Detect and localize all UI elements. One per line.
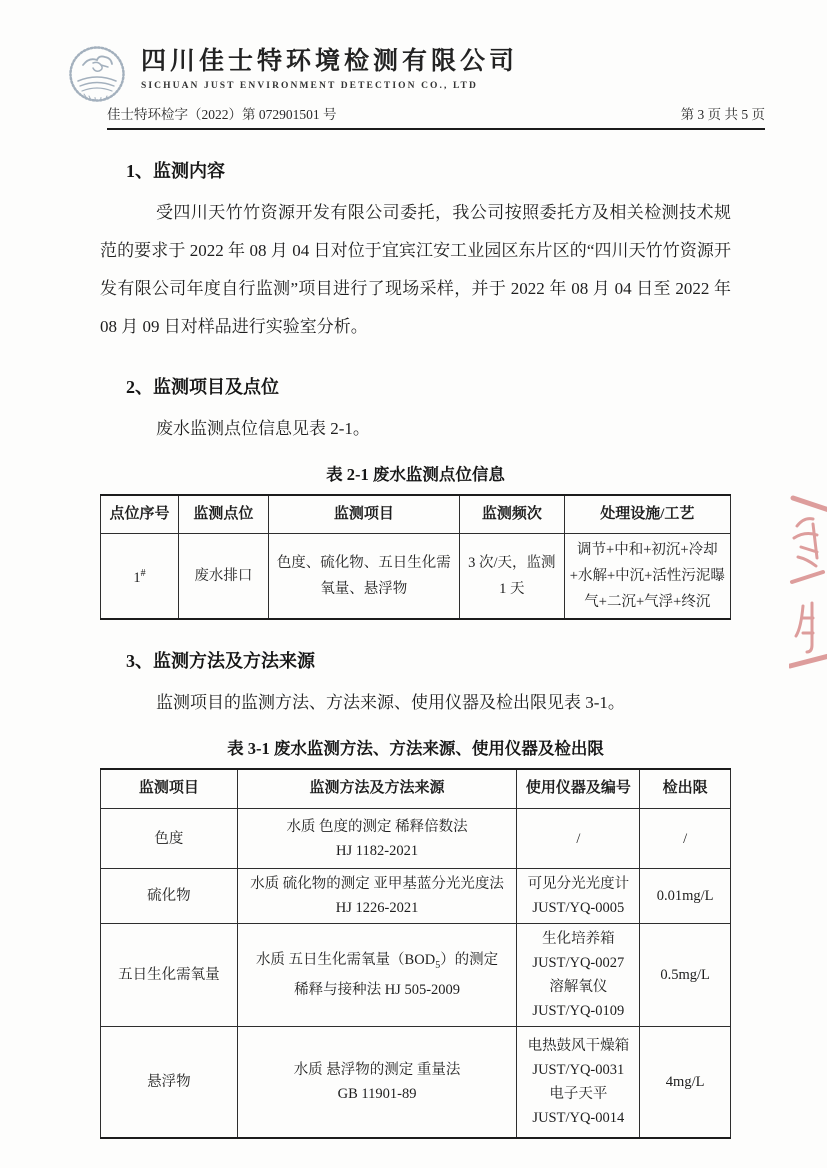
- table-3-1-caption: 表 3-1 废水监测方法、方法来源、使用仪器及检出限: [100, 735, 731, 759]
- instrument-cell: 生化培养箱 JUST/YQ-0027 溶解氧仪 JUST/YQ-0109: [517, 924, 640, 1027]
- instrument-code: JUST/YQ-0109: [521, 999, 635, 1023]
- instrument-name: 生化培养箱: [521, 927, 635, 951]
- method-name: 水质 五日生化需氧量（BOD5）的测定: [242, 948, 513, 978]
- company-seal-logo-icon: [68, 45, 126, 103]
- column-header: 监测点位: [179, 495, 268, 533]
- table-2-1-caption: 表 2-1 废水监测点位信息: [100, 461, 731, 485]
- method-name-text: ）的测定: [440, 952, 498, 968]
- instrument-cell: /: [517, 809, 640, 869]
- instrument-cell: 可见分光光度计 JUST/YQ-0005: [517, 869, 640, 924]
- column-header: 监测频次: [460, 495, 565, 533]
- item-cell: 悬浮物: [101, 1027, 238, 1138]
- instrument-code: JUST/YQ-0014: [521, 1106, 635, 1130]
- point-number-cell: 1#: [101, 533, 179, 619]
- instrument-name: 可见分光光度计: [521, 872, 635, 896]
- method-cell: 水质 硫化物的测定 亚甲基蓝分光光度法 HJ 1226-2021: [237, 869, 517, 924]
- table-row: 悬浮物 水质 悬浮物的测定 重量法 GB 11901-89 电热鼓风干燥箱 JU…: [101, 1027, 731, 1138]
- column-header: 监测项目: [268, 495, 460, 533]
- method-standard: GB 11901-89: [242, 1082, 513, 1106]
- table-2-1: 点位序号 监测点位 监测项目 监测频次 处理设施/工艺 1# 废水排口 色度、硫…: [100, 494, 731, 620]
- red-seal-fragment-icon: [789, 482, 827, 677]
- brand-block: 四川佳士特环境检测有限公司 SICHUAN JUST ENVIRONMENT D…: [141, 46, 827, 91]
- point-number: 1: [133, 569, 140, 585]
- method-name: 水质 悬浮物的测定 重量法: [242, 1058, 513, 1082]
- section-2-paragraph: 废水监测点位信息见表 2-1。: [100, 410, 731, 448]
- instrument-cell: 电热鼓风干燥箱 JUST/YQ-0031 电子天平 JUST/YQ-0014: [517, 1027, 640, 1138]
- column-header: 检出限: [640, 769, 731, 809]
- document-number: 佳士特环检字（2022）第 072901501 号: [107, 103, 337, 123]
- frequency-cell: 3 次/天，监测 1 天: [460, 533, 565, 619]
- method-name: 水质 硫化物的测定 亚甲基蓝分光光度法: [242, 872, 513, 896]
- section-2-heading: 2、监测项目及点位: [126, 373, 731, 399]
- monitor-items-cell: 色度、硫化物、五日生化需氧量、悬浮物: [268, 533, 460, 619]
- column-header: 监测方法及方法来源: [237, 769, 517, 809]
- method-standard: 稀释与接种法 HJ 505-2009: [242, 978, 513, 1002]
- column-header: 监测项目: [101, 769, 238, 809]
- point-name-cell: 废水排口: [179, 533, 268, 619]
- instrument-code: JUST/YQ-0031: [521, 1058, 635, 1082]
- company-name-en: SICHUAN JUST ENVIRONMENT DETECTION CO., …: [141, 81, 827, 91]
- report-page: 四川佳士特环境检测有限公司 SICHUAN JUST ENVIRONMENT D…: [0, 0, 827, 1168]
- table-3-1: 监测项目 监测方法及方法来源 使用仪器及编号 检出限 色度 水质 色度的测定 稀…: [100, 768, 731, 1139]
- column-header: 使用仪器及编号: [517, 769, 640, 809]
- method-cell: 水质 悬浮物的测定 重量法 GB 11901-89: [237, 1027, 517, 1138]
- table-3-1-header-row: 监测项目 监测方法及方法来源 使用仪器及编号 检出限: [101, 769, 731, 809]
- method-name: 水质 色度的测定 稀释倍数法: [242, 815, 513, 839]
- instrument-name: 溶解氧仪: [521, 975, 635, 999]
- table-2-1-header-row: 点位序号 监测点位 监测项目 监测频次 处理设施/工艺: [101, 495, 731, 533]
- document-number-row: 佳士特环检字（2022）第 072901501 号 第 3 页 共 5 页: [107, 103, 765, 130]
- column-header: 处理设施/工艺: [564, 495, 730, 533]
- method-standard: HJ 1182-2021: [242, 839, 513, 863]
- item-cell: 色度: [101, 809, 238, 869]
- section-1-heading: 1、监测内容: [126, 157, 731, 183]
- detection-limit-cell: 4mg/L: [640, 1027, 731, 1138]
- instrument-name: 电子天平: [521, 1082, 635, 1106]
- point-number-sup: #: [141, 568, 146, 579]
- detection-limit-cell: 0.01mg/L: [640, 869, 731, 924]
- table-row: 五日生化需氧量 水质 五日生化需氧量（BOD5）的测定 稀释与接种法 HJ 50…: [101, 924, 731, 1027]
- method-name-text: 水质 五日生化需氧量（BOD: [256, 952, 435, 968]
- section-3-heading: 3、监测方法及方法来源: [126, 647, 731, 673]
- item-cell: 五日生化需氧量: [101, 924, 238, 1027]
- instrument-code: JUST/YQ-0005: [521, 896, 635, 920]
- document-body: 1、监测内容 受四川天竹竹资源开发有限公司委托，我公司按照委托方及相关检测技术规…: [100, 157, 731, 1139]
- section-1-paragraph: 受四川天竹竹资源开发有限公司委托，我公司按照委托方及相关检测技术规范的要求于 2…: [100, 194, 731, 346]
- method-standard: HJ 1226-2021: [242, 896, 513, 920]
- table-row: 硫化物 水质 硫化物的测定 亚甲基蓝分光光度法 HJ 1226-2021 可见分…: [101, 869, 731, 924]
- page-number-indicator: 第 3 页 共 5 页: [681, 103, 765, 123]
- table-row: 1# 废水排口 色度、硫化物、五日生化需氧量、悬浮物 3 次/天，监测 1 天 …: [101, 533, 731, 619]
- item-cell: 硫化物: [101, 869, 238, 924]
- column-header: 点位序号: [101, 495, 179, 533]
- section-3-paragraph: 监测项目的监测方法、方法来源、使用仪器及检出限见表 3-1。: [100, 684, 731, 722]
- instrument-name: 电热鼓风干燥箱: [521, 1034, 635, 1058]
- instrument-code: JUST/YQ-0027: [521, 951, 635, 975]
- company-name-cn: 四川佳士特环境检测有限公司: [141, 46, 827, 78]
- method-cell: 水质 五日生化需氧量（BOD5）的测定 稀释与接种法 HJ 505-2009: [237, 924, 517, 1027]
- table-row: 色度 水质 色度的测定 稀释倍数法 HJ 1182-2021 / /: [101, 809, 731, 869]
- process-cell: 调节+中和+初沉+冷却+水解+中沉+活性污泥曝气+二沉+气浮+终沉: [564, 533, 730, 619]
- page-header: 四川佳士特环境检测有限公司 SICHUAN JUST ENVIRONMENT D…: [0, 0, 827, 130]
- method-cell: 水质 色度的测定 稀释倍数法 HJ 1182-2021: [237, 809, 517, 869]
- detection-limit-cell: 0.5mg/L: [640, 924, 731, 1027]
- detection-limit-cell: /: [640, 809, 731, 869]
